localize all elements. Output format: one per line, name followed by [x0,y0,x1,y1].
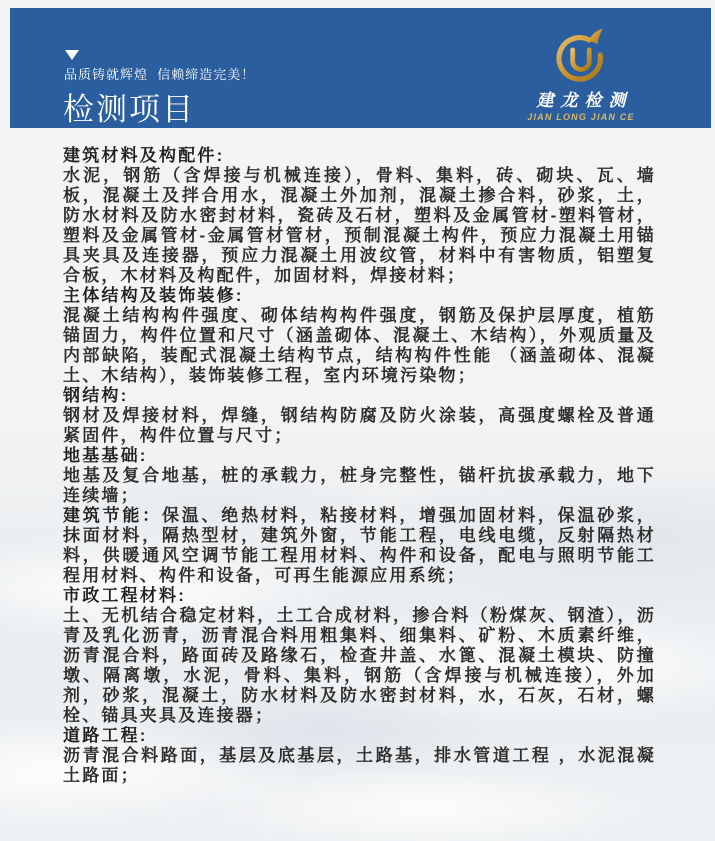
poster-page: 品质铸就辉煌 信赖缔造完美！ 检测项目 建龙检测 JIAN LONG JIAN … [0,0,715,841]
section-building-energy-saving: 建筑节能：保温、绝热材料，粘接材料，增强加固材料，保温砂浆，抹面材料，隔热型材，… [63,506,656,586]
logo-company-name-en: JIAN LONG JIAN CE [491,112,671,122]
section-main-structure-decoration: 主体结构及装饰装修:混凝土结构构件强度、砌体结构构件强度，钢筋及保护层厚度，植筋… [63,286,656,386]
section-body: 地基及复合地基，桩的承载力，桩身完整性，锚杆抗拔承载力，地下连续墙； [63,466,656,505]
test-items-list: 建筑材料及构配件:水泥，钢筋（含焊接与机械连接），骨料、集料，砖、砌块、瓦、墙板… [63,146,656,786]
section-road-engineering: 道路工程:沥青混合料路面，基层及底基层，土路基，排水管道工程 ，水泥混凝土路面； [63,726,656,786]
section-heading: 道路工程: [63,726,656,746]
section-heading: 建筑材料及构配件: [63,146,656,166]
section-body: 沥青混合料路面，基层及底基层，土路基，排水管道工程 ，水泥混凝土路面； [63,746,656,785]
tagline: 品质铸就辉煌 信赖缔造完美！ [64,64,255,83]
section-foundation: 地基基础:地基及复合地基，桩的承载力，桩身完整性，锚杆抗拔承载力，地下连续墙； [63,446,656,506]
section-heading: 建筑节能： [63,506,162,525]
logo-company-name: 建龙检测 [491,86,671,111]
section-heading: 钢结构: [63,386,656,406]
section-body: 水泥，钢筋（含焊接与机械连接），骨料、集料，砖、砌块、瓦、墙板，混凝土及拌合用水… [63,166,656,285]
section-body: 钢材及焊接材料，焊缝，钢结构防腐及防火涂装，高强度螺栓及普通紧固件，构件位置与尺… [63,406,656,445]
section-heading: 地基基础: [63,446,656,466]
section-body: 混凝土结构构件强度、砌体结构构件强度，钢筋及保护层厚度，植筋锚固力，构件位置和尺… [63,306,656,385]
down-triangle-icon [65,50,79,60]
page-title: 检测项目 [63,84,195,129]
section-heading: 主体结构及装饰装修: [63,286,656,306]
section-municipal-engineering-materials: 市政工程材料:土、无机结合稳定材料，土工合成材料，掺合料（粉煤灰、钢渣），沥青及… [63,586,656,726]
section-body: 土、无机结合稳定材料，土工合成材料，掺合料（粉煤灰、钢渣），沥青及乳化沥青，沥青… [63,606,656,725]
company-logo: 建龙检测 JIAN LONG JIAN CE [491,26,671,122]
header-banner: 品质铸就辉煌 信赖缔造完美！ 检测项目 建龙检测 JIAN LONG JIAN … [10,8,711,128]
section-heading: 市政工程材料: [63,586,656,606]
section-building-materials-components: 建筑材料及构配件:水泥，钢筋（含焊接与机械连接），骨料、集料，砖、砌块、瓦、墙板… [63,146,656,286]
dragon-logo-icon [552,26,610,84]
section-steel-structure: 钢结构:钢材及焊接材料，焊缝，钢结构防腐及防火涂装，高强度螺栓及普通紧固件，构件… [63,386,656,446]
